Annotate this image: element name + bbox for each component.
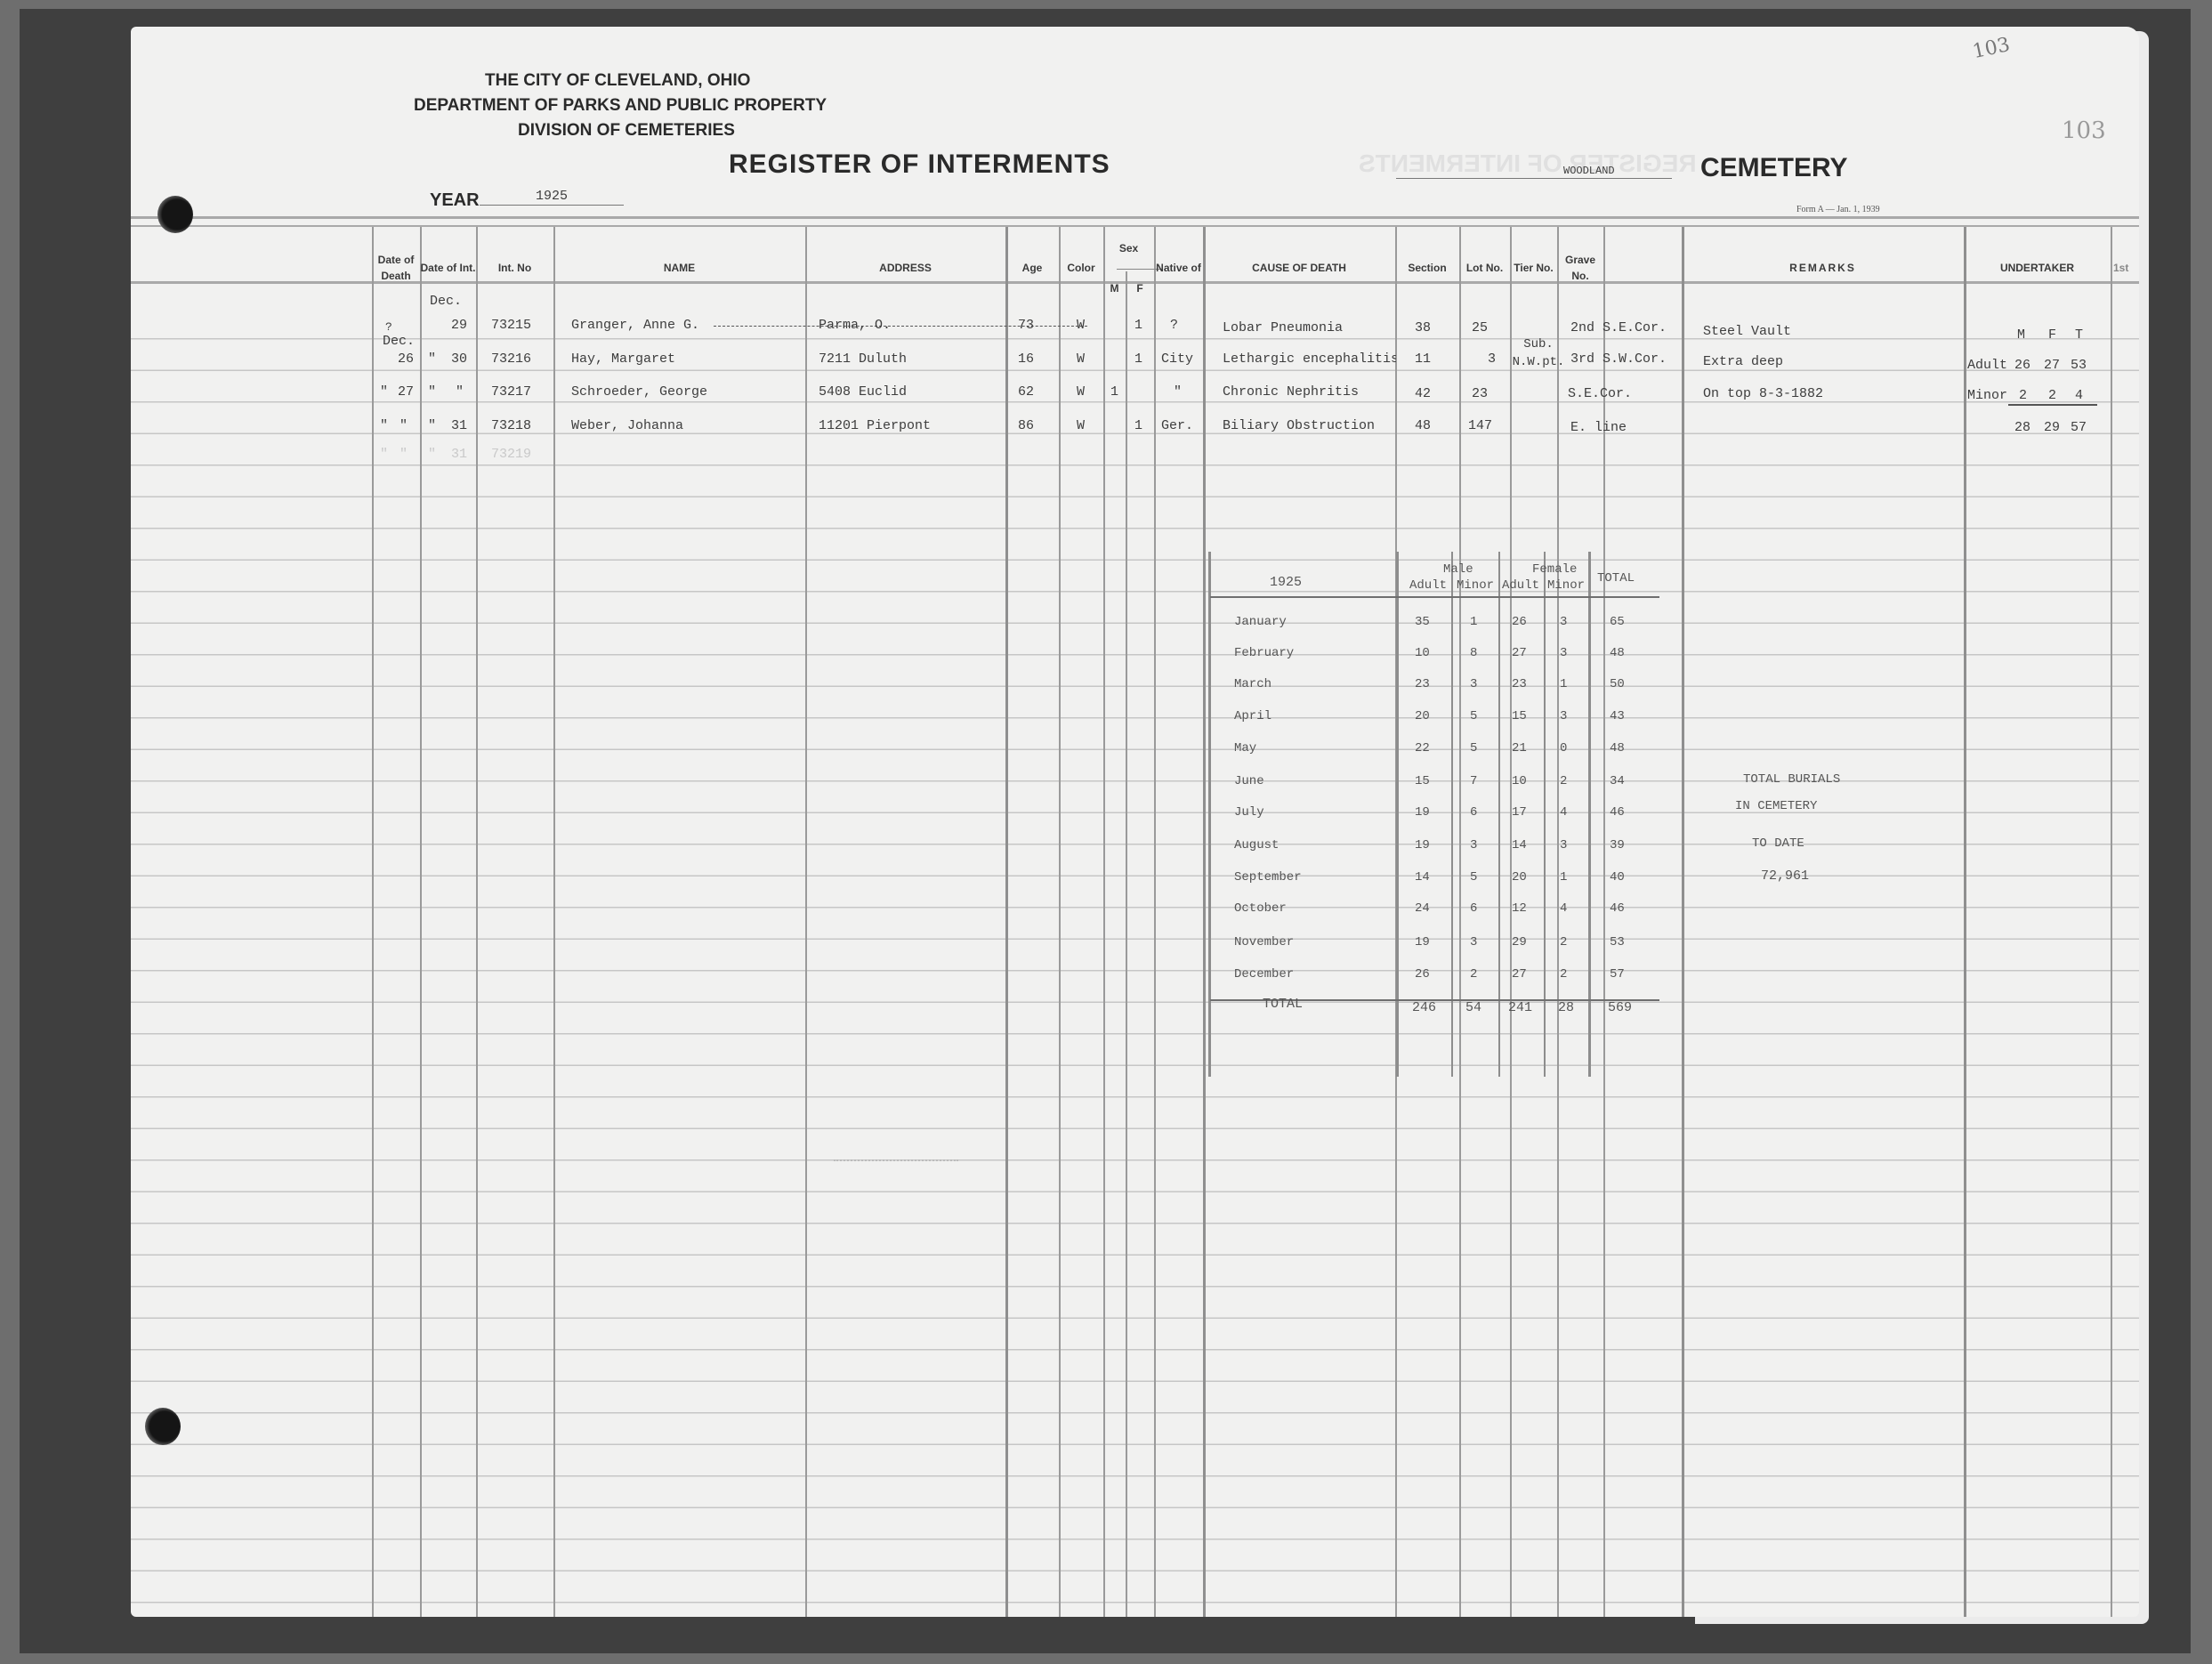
col-header-cause-of-death: CAUSE OF DEATH [1203,228,1395,308]
department-heading: DEPARTMENT OF PARKS AND PUBLIC PROPERTY [414,96,827,116]
stats-male-adult: 19 [1415,805,1430,820]
section: 38 [1415,320,1431,335]
year-underline [480,205,624,206]
stats-female-adult: 27 [1512,967,1527,981]
death-month-ditto: " [380,418,388,433]
stats-col-line [1396,552,1399,1077]
col-line [2111,227,2112,1617]
stats-total-male-minor: 54 [1465,1000,1481,1015]
stats-total-male-adult: 246 [1412,1000,1436,1015]
stats-total-label: TOTAL [1263,997,1303,1012]
undertaker-adult-m: 26 [2014,358,2030,373]
col-header-first-partial: 1st [2113,228,2139,308]
native-of-ditto: " [1174,384,1182,400]
deceased-name: Schroeder, George [571,384,707,400]
int-day: 29 [451,318,467,333]
stats-group-male: Male [1443,562,1473,577]
stamped-page-number: 103 [2062,117,2106,144]
stats-female-adult: 17 [1512,805,1527,820]
cause-of-death: Lethargic encephalitis [1223,351,1396,367]
ruled-lines [131,308,2139,1617]
stats-female-adult: 27 [1512,646,1527,660]
address: 7211 Duluth [819,351,907,367]
stats-group-female: Female [1532,562,1577,577]
stats-female-adult: 20 [1512,870,1527,885]
stats-col-header: Adult [1502,578,1539,593]
col-line [1103,227,1105,1617]
stats-male-adult: 20 [1415,709,1430,723]
stats-female-minor: 1 [1560,677,1567,691]
int-day: 31 [451,418,467,433]
cause-of-death: Biliary Obstruction [1223,418,1375,433]
sex-f: 1 [1134,318,1142,333]
int-no: 73216 [491,351,531,367]
stats-total: 43 [1610,709,1625,723]
stats-total: 46 [1610,805,1625,820]
sex-f: 1 [1134,351,1142,367]
header-rule-second [131,225,2139,227]
col-line [1005,227,1008,1617]
page-gutter-line [1682,227,1684,1617]
stats-male-adult: 24 [1415,901,1430,916]
int-day: 31 [451,447,467,462]
death-month-ditto: " [380,384,388,400]
handwritten-page-number: 103 [1971,34,2012,63]
section: 48 [1415,418,1431,433]
stats-col-line [1498,552,1500,1077]
undertaker-row-label: Minor [1967,388,2007,403]
int-month: Dec. [430,294,462,309]
age: 73 [1018,318,1034,333]
col-header-age: Age [1005,228,1059,308]
death-month-ditto: " [380,447,388,462]
col-header-color: Color [1059,228,1103,308]
death-month: ? [385,320,392,334]
color: W [1077,318,1085,333]
section: 42 [1415,386,1431,401]
undertaker-header-f: F [2048,327,2056,343]
col-line [805,227,807,1617]
col-line [420,227,422,1617]
col-header-sex-f: F [1126,269,1154,308]
native-of: Ger. [1161,418,1193,433]
stats-female-minor: 1 [1560,870,1567,885]
color: W [1077,384,1085,400]
lot-no: 25 [1472,320,1488,335]
int-no: 73219 [491,447,531,462]
col-line [1154,227,1156,1617]
stats-female-minor: 3 [1560,838,1567,852]
binder-hole-bottom [145,1408,181,1445]
stats-male-minor: 8 [1470,646,1477,660]
stats-male-adult: 15 [1415,774,1430,788]
stats-year: 1925 [1270,575,1302,590]
cemetery-name: WOODLAND [1563,165,1615,177]
undertaker-minor-t: 4 [2075,388,2083,403]
undertaker-minor-m: 2 [2019,388,2027,403]
stats-male-minor: 1 [1470,615,1477,629]
faint-dotted-mark [834,1159,958,1161]
col-line [1964,227,1966,1617]
tier-no: Sub. N.W.pt. [1512,335,1565,371]
col-line [372,227,374,1617]
grave-no: 2nd S.E.Cor. [1570,320,1667,335]
stats-female-adult: 15 [1512,709,1527,723]
stats-total: 57 [1610,967,1625,981]
stats-female-minor: 0 [1560,741,1567,755]
stats-female-adult: 10 [1512,774,1527,788]
remarks: Steel Vault [1703,324,1791,339]
lot-no: 23 [1472,386,1488,401]
stats-border-left [1208,552,1211,1077]
grave-no: S.E.Cor. [1568,386,1632,401]
stats-total-female-adult: 241 [1508,1000,1532,1015]
stats-col-header: Minor [1547,578,1585,593]
stats-male-adult: 35 [1415,615,1430,629]
stats-male-adult: 19 [1415,838,1430,852]
deceased-name: Weber, Johanna [571,418,683,433]
col-header-tier-no: Tier No. [1510,228,1557,308]
stats-female-minor: 4 [1560,901,1567,916]
sex-m: 1 [1110,384,1118,400]
deceased-name: Hay, Margaret [571,351,675,367]
undertaker-adult-t: 53 [2071,358,2087,373]
int-no: 73218 [491,418,531,433]
cemetery-label: CEMETERY [1700,153,1848,183]
col-header-date-of-death: Date of Death [372,228,420,308]
stats-month: May [1234,741,1256,755]
lot-no: 3 [1488,351,1496,367]
grave-no: 3rd S.W.Cor. [1570,351,1667,367]
undertaker-total-f: 29 [2044,420,2060,435]
age: 62 [1018,384,1034,400]
undertaker-header-m: M [2017,327,2025,343]
stats-female-minor: 2 [1560,774,1567,788]
cemetery-underline [1396,178,1672,179]
stats-female-minor: 2 [1560,967,1567,981]
stats-total: 65 [1610,615,1625,629]
stats-month: February [1234,646,1294,660]
stats-header-rule [1210,596,1659,598]
col-header-sex: Sex [1103,228,1154,268]
stats-female-minor: 4 [1560,805,1567,820]
age: 16 [1018,351,1034,367]
undertaker-row-label: Adult [1967,358,2007,373]
stats-male-minor: 5 [1470,870,1477,885]
death-day: 27 [398,384,414,400]
sex-f: 1 [1134,418,1142,433]
stats-month: August [1234,838,1279,852]
native-of: City [1161,351,1193,367]
stats-male-minor: 6 [1470,901,1477,916]
col-header-lot-no: Lot No. [1459,228,1510,308]
stats-male-minor: 5 [1470,709,1477,723]
color: W [1077,351,1085,367]
col-line [1510,227,1512,1617]
stats-total: 50 [1610,677,1625,691]
stats-male-minor: 3 [1470,677,1477,691]
col-header-grave-no: Grave No. [1557,228,1603,308]
stats-male-adult: 14 [1415,870,1430,885]
col-line-sex-split [1126,271,1127,1617]
undertaker-adult-f: 27 [2044,358,2060,373]
stats-female-minor: 3 [1560,615,1567,629]
stats-col-header: TOTAL [1597,571,1635,586]
col-header-int-no: Int. No [476,228,553,308]
col-line [1059,227,1061,1617]
stats-col-line [1588,552,1591,1077]
stats-col-line [1451,552,1453,1077]
undertaker-total-m: 28 [2014,420,2030,435]
int-day-ditto: " [456,384,464,400]
color: W [1077,418,1085,433]
total-burials-line2: IN CEMETERY [1735,799,1817,813]
int-day: 30 [451,351,467,367]
stats-male-adult: 10 [1415,646,1430,660]
stats-month: September [1234,870,1302,885]
int-no: 73215 [491,318,531,333]
undertaker-total-t: 57 [2071,420,2087,435]
stats-female-minor: 2 [1560,935,1567,949]
col-line [1203,227,1206,1617]
stats-month: April [1234,709,1271,723]
address: 11201 Pierpont [819,418,931,433]
undertaker-header-t: T [2075,327,2083,343]
undertaker-minor-f: 2 [2048,388,2056,403]
stats-total: 39 [1610,838,1625,852]
stats-male-adult: 22 [1415,741,1430,755]
death-month: Dec. [383,334,415,349]
age: 86 [1018,418,1034,433]
stats-male-adult: 19 [1415,935,1430,949]
remarks: On top 8-3-1882 [1703,386,1823,401]
int-month-ditto: " [428,351,436,367]
total-burials-line3: TO DATE [1752,836,1804,851]
stats-col-header: Minor [1457,578,1494,593]
death-day-ditto: " [400,418,408,433]
stats-female-minor: 3 [1560,646,1567,660]
year-label: YEAR [430,190,480,211]
city-heading: THE CITY OF CLEVELAND, OHIO [485,71,750,91]
col-line [1459,227,1461,1617]
stats-female-adult: 14 [1512,838,1527,852]
col-header-remarks: REMARKS [1682,228,1964,308]
stats-total-female-minor: 28 [1558,1000,1574,1015]
stats-month: December [1234,967,1294,981]
col-line [1557,227,1559,1617]
stats-month: January [1234,615,1287,629]
col-header-native-of: Native of [1154,228,1203,308]
section: 11 [1415,351,1431,367]
total-burials-value: 72,961 [1761,868,1809,884]
stats-male-minor: 5 [1470,741,1477,755]
stats-female-minor: 3 [1560,709,1567,723]
int-month-ditto: " [428,418,436,433]
stats-male-minor: 3 [1470,838,1477,852]
stats-col-line [1544,552,1546,1077]
stats-total: 48 [1610,741,1625,755]
binder-hole-top [157,196,193,233]
int-month-ditto: " [428,447,436,462]
stats-total: 46 [1610,901,1625,916]
stats-male-minor: 7 [1470,774,1477,788]
col-header-address: ADDRESS [805,228,1005,308]
col-line [476,227,478,1617]
stats-month: July [1234,805,1264,820]
stats-male-adult: 23 [1415,677,1430,691]
stats-month: November [1234,935,1294,949]
stats-female-adult: 23 [1512,677,1527,691]
col-header-sex-m: M [1103,269,1126,308]
int-no: 73217 [491,384,531,400]
col-header-undertaker: UNDERTAKER [1964,228,2111,308]
register-page: REGISTER OF INTERMENTS THE CITY OF CLEVE… [131,27,2139,1617]
stats-male-adult: 26 [1415,967,1430,981]
stats-month: October [1234,901,1287,916]
cause-of-death: Lobar Pneumonia [1223,320,1343,335]
address: 5408 Euclid [819,384,907,400]
lot-no: 147 [1468,418,1492,433]
int-month-ditto: " [428,384,436,400]
col-header-name: NAME [553,228,805,308]
stats-male-minor: 2 [1470,967,1477,981]
death-day: 26 [398,351,414,367]
stats-male-minor: 6 [1470,805,1477,820]
col-line [1603,227,1605,1617]
col-header-section: Section [1395,228,1459,308]
col-line [553,227,555,1617]
bleed-through-title: REGISTER OF INTERMENTS [1359,149,1697,178]
stats-female-adult: 21 [1512,741,1527,755]
stats-total: 48 [1610,646,1625,660]
undertaker-sum-underline [2008,404,2097,406]
address: Parma, O. [819,318,891,333]
remarks: Extra deep [1703,354,1783,369]
death-day-ditto: " [400,447,408,462]
stats-female-adult: 26 [1512,615,1527,629]
cause-of-death: Chronic Nephritis [1223,384,1359,400]
stats-total: 53 [1610,935,1625,949]
native-of: ? [1170,318,1178,333]
stats-col-header: Adult [1409,578,1447,593]
form-note: Form A — Jan. 1, 1939 [1796,205,1880,214]
register-title: REGISTER OF INTERMENTS [729,149,1110,180]
grave-no: E. line [1570,420,1627,435]
stats-total: 40 [1610,870,1625,885]
total-burials-line1: TOTAL BURIALS [1743,772,1840,787]
stats-month: March [1234,677,1271,691]
division-heading: DIVISION OF CEMETERIES [518,121,735,141]
header-rule-top [131,216,2139,219]
stats-female-adult: 12 [1512,901,1527,916]
stats-total-total: 569 [1608,1000,1632,1015]
stats-male-minor: 3 [1470,935,1477,949]
deceased-name: Granger, Anne G. [571,318,699,333]
year-value: 1925 [536,189,568,204]
stats-total: 34 [1610,774,1625,788]
stats-female-adult: 29 [1512,935,1527,949]
stats-month: June [1234,774,1264,788]
